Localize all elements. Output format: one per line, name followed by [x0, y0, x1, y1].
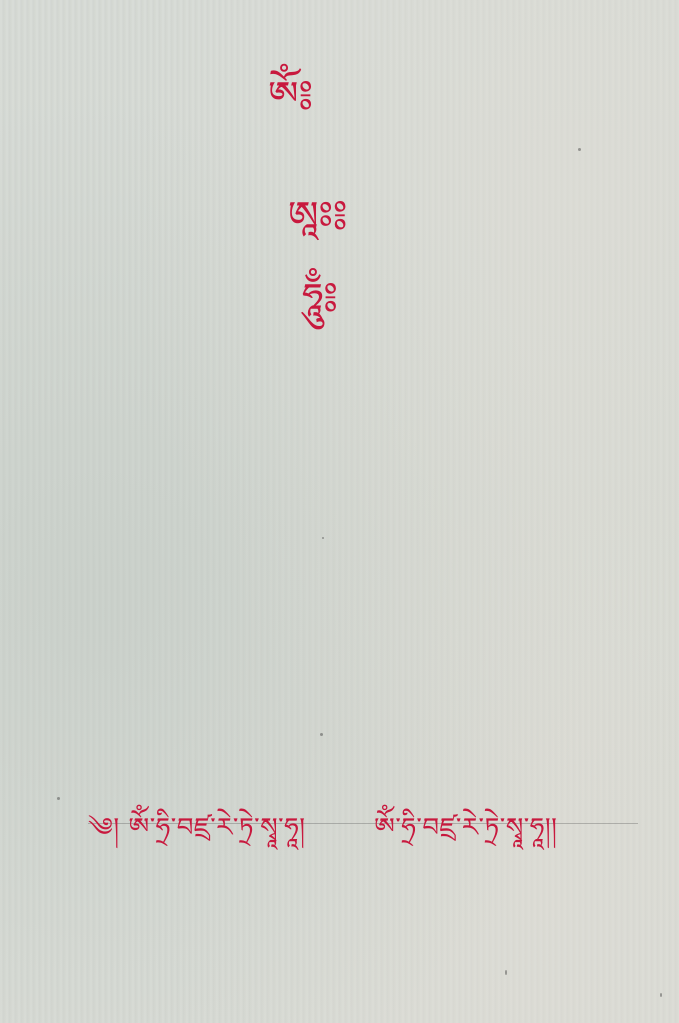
- paper-speck: [578, 148, 581, 151]
- paper-speck: [322, 537, 324, 539]
- paper-speck: [320, 733, 323, 736]
- paper-speck: [505, 970, 507, 975]
- mantra-line-first-half: ༄། ཨོཾ་ཧྲི་བཛྲ་རེ་ཏྲེ་སྭཱ་ཧཱ།: [88, 815, 306, 841]
- mantra-line-second-half: ཨོཾ་ཧྲི་བཛྲ་རེ་ཏྲེ་སྭཱ་ཧཱ།།: [374, 815, 557, 841]
- paper-speck: [57, 797, 60, 800]
- paper-speck: [660, 993, 662, 997]
- paper-background: [0, 0, 679, 1023]
- seed-syllable-hum: ཧཱུྃ༔: [302, 278, 338, 316]
- seed-syllable-ah: ཨཱཿ༔: [288, 196, 347, 234]
- seed-syllable-om: ཨོཾ༔: [268, 76, 313, 114]
